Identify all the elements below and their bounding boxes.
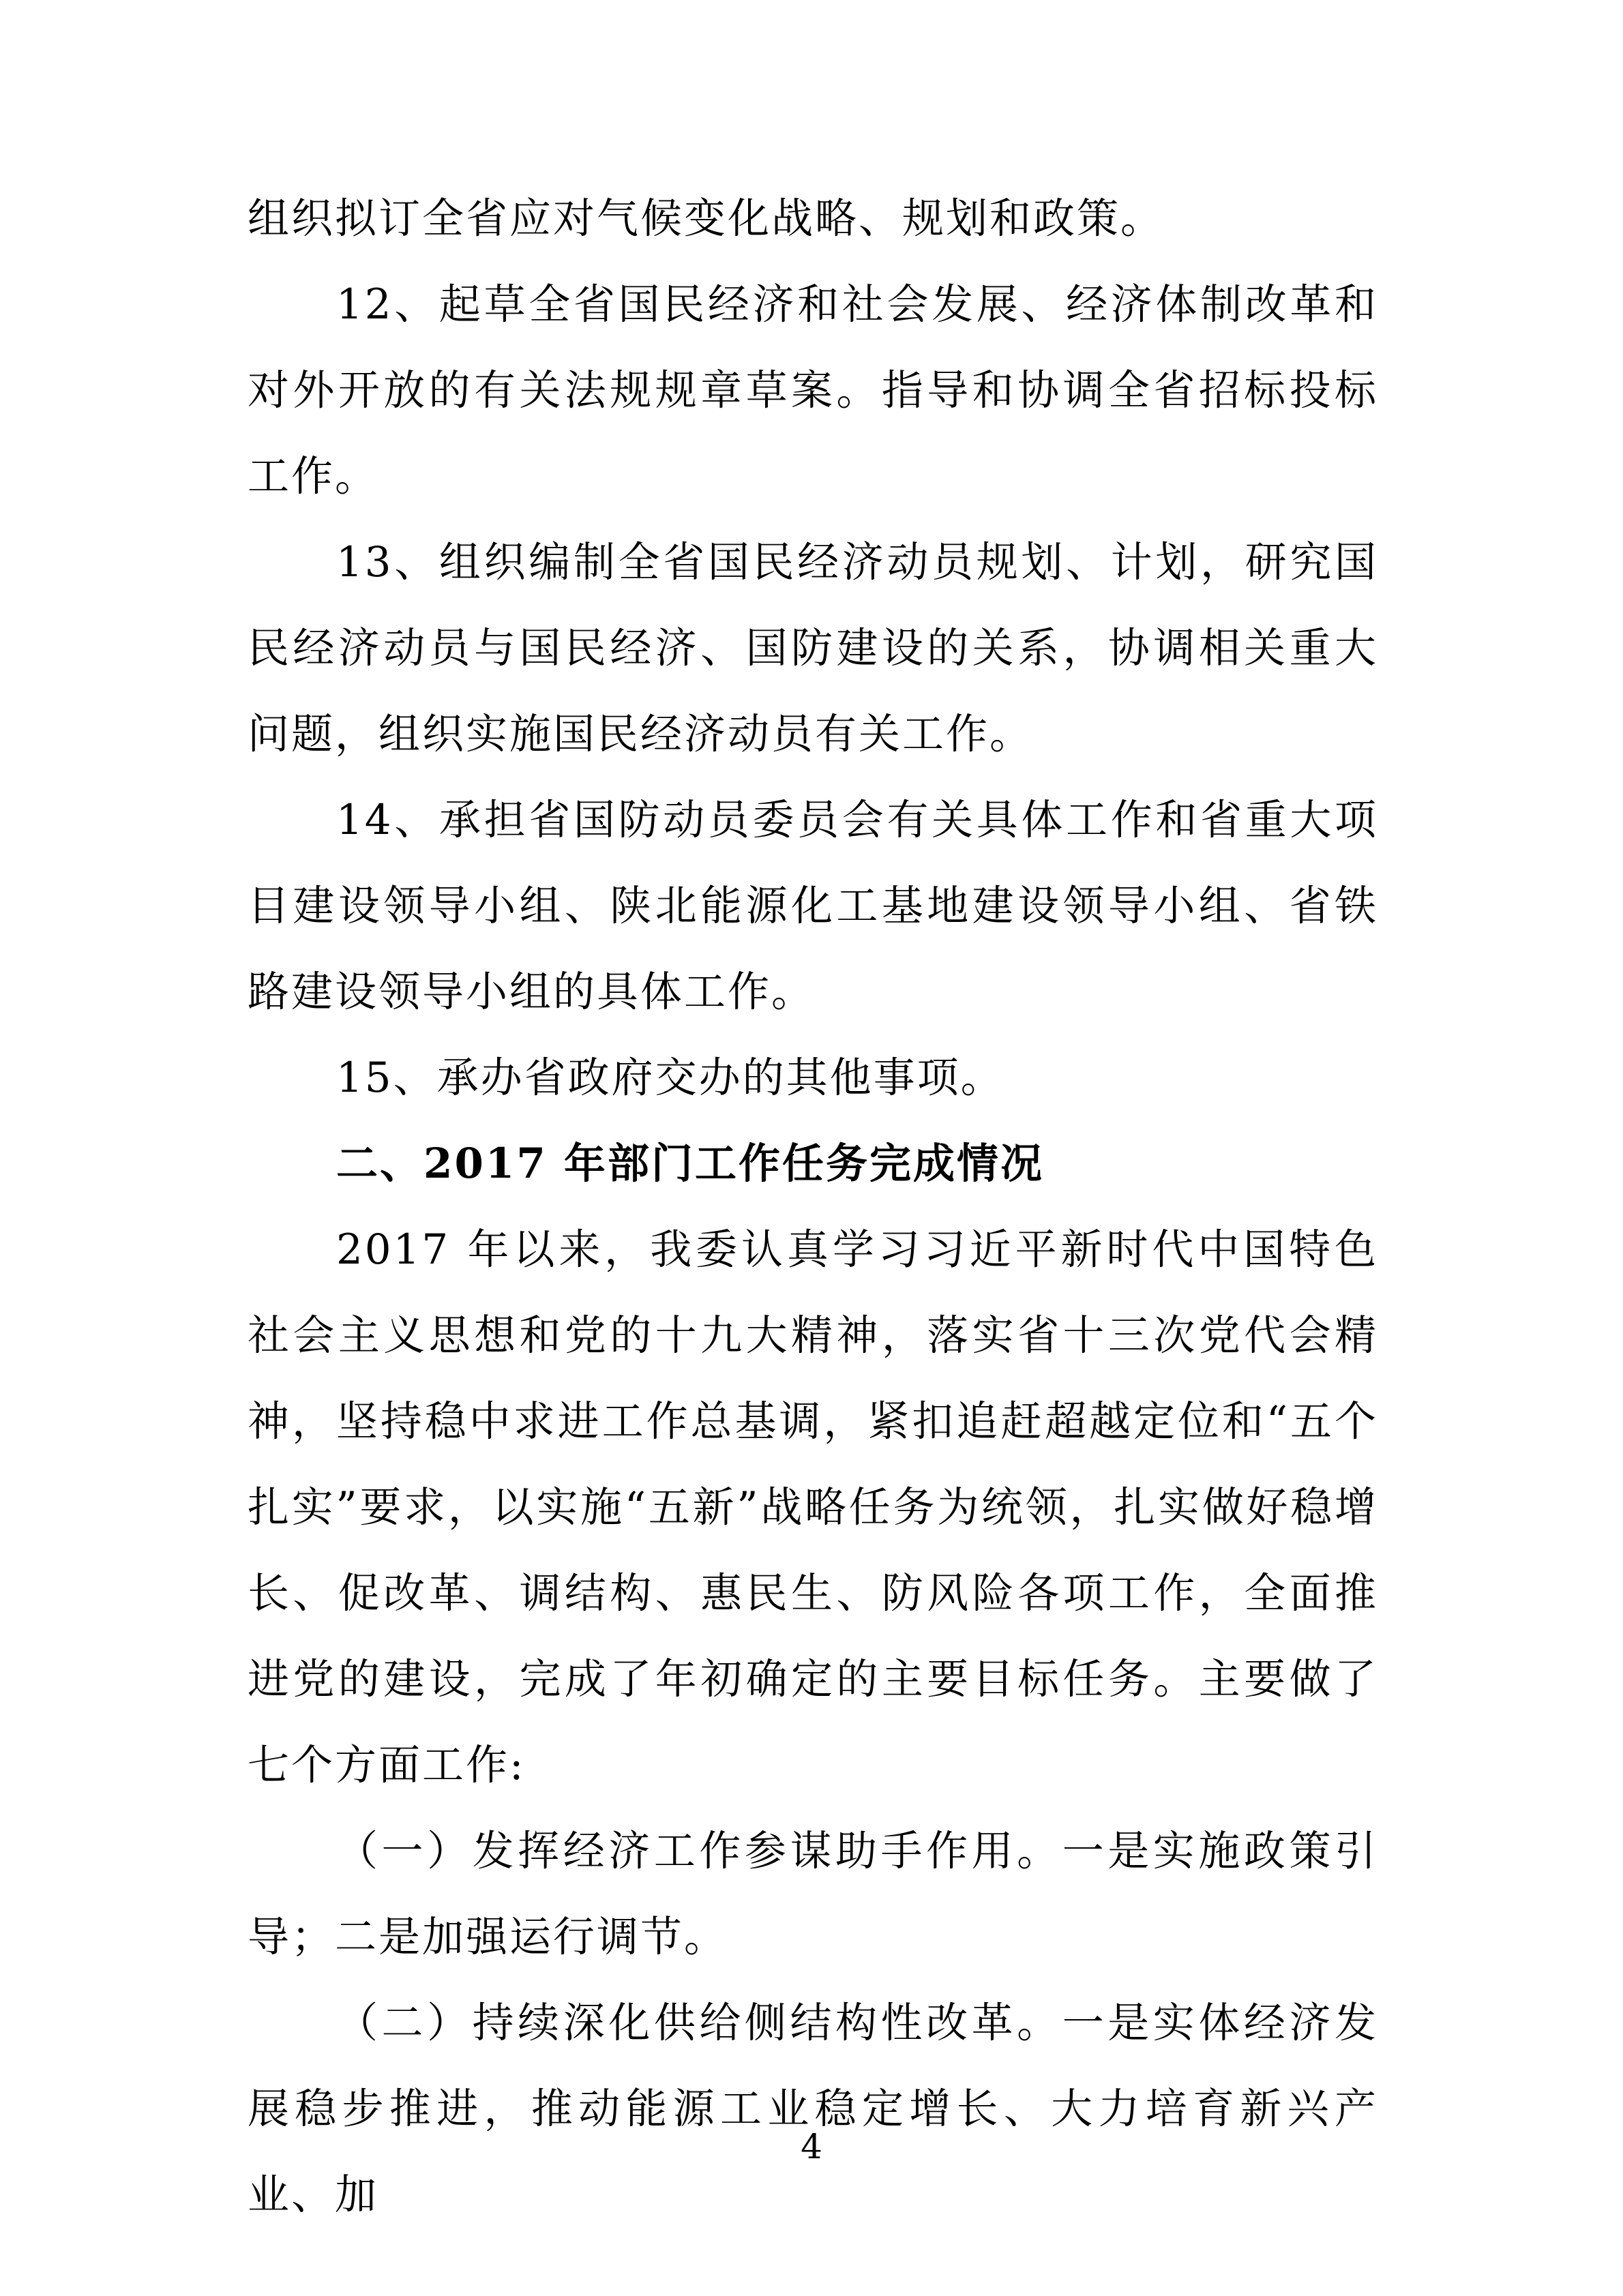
paragraph-item-13: 13、组织编制全省国民经济动员规划、计划，研究国民经济动员与国民经济、国防建设的…: [248, 520, 1378, 777]
paragraph-overview-2017: 2017 年以来，我委认真学习习近平新时代中国特色社会主义思想和党的十九大精神，…: [248, 1207, 1378, 1808]
document-page: 组织拟订全省应对气候变化战略、规划和政策。 12、起草全省国民经济和社会发展、经…: [0, 0, 1623, 2296]
paragraph-item-14: 14、承担省国防动员委员会有关具体工作和省重大项目建设领导小组、陕北能源化工基地…: [248, 777, 1378, 1035]
paragraph-subitem-1: （一）发挥经济工作参谋助手作用。一是实施政策引导；二是加强运行调节。: [248, 1808, 1378, 1980]
paragraph-item-12: 12、起草全省国民经济和社会发展、经济体制改革和对外开放的有关法规规章草案。指导…: [248, 262, 1378, 520]
page-footer: 4: [0, 2126, 1623, 2167]
section-heading: 二、2017 年部门工作任务完成情况: [248, 1121, 1378, 1207]
paragraph-continuation: 组织拟订全省应对气候变化战略、规划和政策。: [248, 176, 1378, 262]
paragraph-item-15: 15、承办省政府交办的其他事项。: [248, 1035, 1378, 1121]
paragraph-subitem-2: （二）持续深化供给侧结构性改革。一是实体经济发展稳步推进，推动能源工业稳定增长、…: [248, 1980, 1378, 2238]
page-number: 4: [801, 2127, 822, 2166]
document-body: 组织拟订全省应对气候变化战略、规划和政策。 12、起草全省国民经济和社会发展、经…: [248, 176, 1378, 2238]
